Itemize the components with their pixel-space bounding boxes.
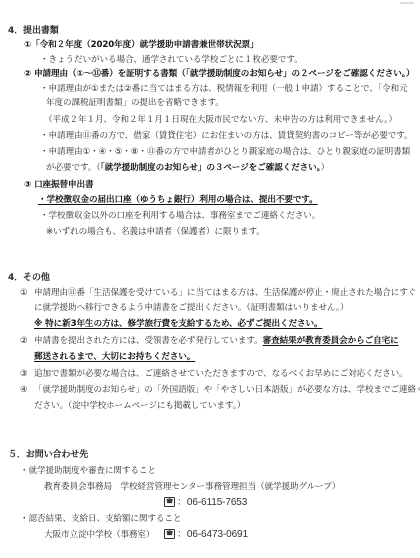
contact1-tel-number: ：06-6115-7653 bbox=[177, 497, 247, 508]
item3-bullet2: ・学校徴収金以外の口座を利用する場合は、事務室までご連絡ください。 bbox=[40, 211, 320, 222]
other-item3-line1: 追加で書類が必要な場合は、ご連絡させていただきますので、なるべくお早めにご対応く… bbox=[34, 369, 408, 380]
item3-title: ③ 口座振替申出書 bbox=[24, 180, 94, 191]
contact1-org: 教育委員会事務局 学校経営管理センター事務管理担当（就学援助グループ） bbox=[44, 482, 340, 493]
page-corner-mark bbox=[400, 2, 414, 4]
other-item4-line1: 「就学援助制度のお知らせ」の「外国語版」や「やさしい日本語版」が必要な方は、学校… bbox=[34, 385, 420, 396]
item1-bullet: ・きょうだいがいる場合、通学されている学校ごとに１枚必要です。 bbox=[40, 55, 303, 66]
section-heading-other: 4．その他 bbox=[8, 273, 50, 284]
phone-icon: ☎ bbox=[164, 529, 175, 539]
item2-bullet3-bold: 「就学援助制度のお知らせ」の３ページをご確認ください。 bbox=[100, 163, 320, 173]
item2-title-pre: ② 申請理由（①～⑪番）を証明する書類（ bbox=[24, 69, 186, 79]
contact2-tel: ☎：06-6473-0691 bbox=[164, 529, 248, 540]
other-item1-line1: 申請理由⑪番「生活保護を受けている」に当てはまる方は、生活保護が停止・廃止された… bbox=[34, 288, 416, 299]
item2-bullet3-line1: ・申請理由①・④・⑤・⑧・⑪番の方で申請者がひとり親家庭の場合は、ひとり親家庭の… bbox=[40, 147, 410, 158]
other-item2-pre: 申請書を提出された方には、受領書を必ず発行しています。 bbox=[34, 336, 263, 346]
item2-bullet3-post: ） bbox=[321, 163, 330, 173]
section-heading-contact: ５．お問い合わせ先 bbox=[8, 450, 88, 461]
other-item4-num: ④ bbox=[20, 385, 28, 396]
item2-bullet2: ・申請理由⑪番の方で、借家（賃貸住宅）にお住まいの方は、賃貸契約書のコピー等が必… bbox=[40, 131, 413, 142]
contact2-topic: ・認否結果、支給日、支給額に関すること bbox=[20, 514, 181, 525]
item2-title: ② 申請理由（①～⑪番）を証明する書類（「就学援助制度のお知らせ」の２ページをご… bbox=[24, 69, 414, 80]
item1-title: ①「令和２年度（2020年度）就学援助申請書兼世帯状況票」 bbox=[24, 40, 259, 51]
item3-note: ※いずれの場合も、名義は申請者（保護者）に限ります。 bbox=[46, 227, 265, 238]
other-item2-line2: 郵送されるまで、大切にお持ちください。 bbox=[34, 352, 195, 363]
item2-title-post: ） bbox=[406, 69, 415, 79]
phone-icon: ☎ bbox=[164, 497, 175, 507]
contact1-topic: ・就学援助制度や審査に関すること bbox=[20, 466, 156, 477]
other-item1-num: ① bbox=[20, 288, 28, 299]
contact2-tel-number: ：06-6473-0691 bbox=[177, 529, 248, 540]
other-item4-line2: ださい。（淀中学校ホームページにも掲載しています。） bbox=[34, 401, 245, 412]
other-item1-note: ※ 特に新3年生の方は、修学旅行費を支給するため、必ずご提出ください。 bbox=[34, 319, 322, 330]
item2-bullet3-pre: が必要です。（ bbox=[46, 163, 100, 173]
item2-bullet1-line2: 年度の課税証明書類」の提出を省略できます。 bbox=[46, 98, 224, 109]
item3-bullet1: ・学校徴収金の届出口座（ゆうちょ銀行）利用の場合は、提出不要です。 bbox=[38, 195, 318, 206]
item2-title-bold: 「就学援助制度のお知らせ」の２ページをご確認ください。 bbox=[186, 69, 406, 79]
other-item1-line2: に就学援助へ移行できるよう申請書をご提出ください。（証明書類はいりません。） bbox=[34, 303, 349, 314]
section-heading-documents: 4．提出書類 bbox=[8, 26, 59, 37]
contact1-tel: ☎：06-6115-7653 bbox=[164, 497, 247, 508]
other-item2-bold: 審査結果が教育委員会からご自宅に bbox=[263, 336, 399, 346]
other-item3-num: ③ bbox=[20, 369, 28, 380]
contact2-org: 大阪市立淀中学校（事務室） bbox=[44, 530, 154, 541]
item2-bullet1-line1: ・申請理由が①または②番に当てはまる方は、税情報を利用（一般１申請）することで、… bbox=[40, 84, 407, 95]
other-item2-line1: 申請書を提出された方には、受領書を必ず発行しています。審査結果が教育委員会からご… bbox=[34, 336, 399, 347]
item2-bullet1-note: （平成２年１月、令和２年１月１日現在大阪市民でない方、未申告の方は利用できません… bbox=[44, 115, 397, 126]
item2-bullet3-line2: が必要です。（「就学援助制度のお知らせ」の３ページをご確認ください。） bbox=[46, 163, 329, 174]
other-item2-num: ② bbox=[20, 336, 28, 347]
